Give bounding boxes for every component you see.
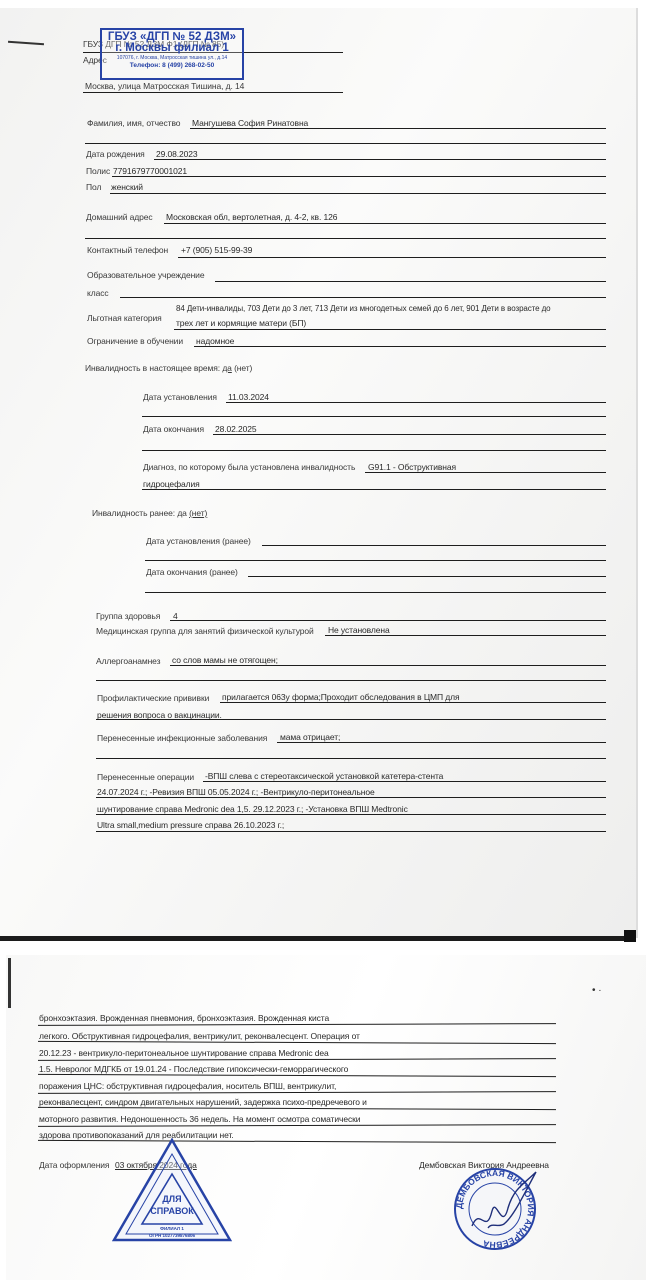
conclusion-line: легкого. Обструктивная гидроцефалия, вен… <box>39 1031 360 1041</box>
diag-line-2: гидроцефалия <box>143 479 200 489</box>
diag-underline-2 <box>142 489 606 490</box>
fio-value: Мангушева София Ринатовна <box>192 118 308 128</box>
disability-prev-label: Инвалидность ранее: да (нет) <box>92 508 207 518</box>
dis-end-label: Дата окончания <box>143 424 204 434</box>
infect-value: мама отрицает; <box>280 732 340 742</box>
disability-now-no: (нет) <box>234 363 252 373</box>
pe-label: Медицинская группа для занятий физическо… <box>96 626 314 636</box>
clinic-stamp: ГБУЗ «ДГП № 52 ДЗМ» г. Москвы филиал 1 1… <box>100 28 244 80</box>
edu-label: Образовательное учреждение <box>87 270 204 280</box>
address-underline <box>83 92 343 93</box>
ops-line-1: -ВПШ слева с стереотаксической установко… <box>205 771 443 781</box>
vacc-label: Профилактические прививки <box>97 693 209 703</box>
dis-start-underline <box>226 402 606 403</box>
diag-underline <box>365 472 606 473</box>
policy-label: Полис <box>86 166 110 176</box>
svg-text:СПРАВОК: СПРАВОК <box>150 1206 194 1216</box>
page-1-corner <box>624 930 636 942</box>
prev-end-underline <box>248 576 606 577</box>
sex-value: женский <box>111 182 143 192</box>
svg-text:ОГРН 1027739876806: ОГРН 1027739876806 <box>149 1233 196 1238</box>
phone-underline <box>178 257 606 258</box>
conclusion-line: 1.5. Невролог МДГКБ от 19.01.24 - Послед… <box>39 1064 348 1074</box>
diag-line-1: G91.1 - Обструктивная <box>368 462 456 472</box>
health-group-underline <box>170 620 606 621</box>
disability-prev-no: (нет) <box>189 508 207 518</box>
svg-text:ДЛЯ: ДЛЯ <box>162 1194 181 1204</box>
page-1-bottom-edge <box>0 936 636 941</box>
ops-line-2: 24.07.2024 г.; -Ревизия ВПШ 05.05.2024 г… <box>97 787 375 797</box>
dis-end-underline <box>213 434 606 435</box>
conclusion-line: бронхоэктазия. Врожденная пневмония, бро… <box>39 1013 329 1023</box>
dis-start-label: Дата установления <box>143 392 217 402</box>
infect-label: Перенесенные инфекционные заболевания <box>97 733 267 743</box>
ops-underline-3 <box>96 814 606 815</box>
prev-start-underline-2 <box>145 560 606 561</box>
restrict-underline <box>194 346 606 347</box>
dob-underline <box>154 159 606 160</box>
home-value: Московская обл, вертолетная, д. 4-2, кв.… <box>166 212 337 222</box>
dob-label: Дата рождения <box>86 149 145 159</box>
sex-underline <box>110 193 606 194</box>
infect-underline-2 <box>96 758 606 759</box>
disability-now-yes: да <box>222 363 232 373</box>
restrict-label: Ограничение в обучении <box>87 336 183 346</box>
disability-now-text: Инвалидность в настоящее время: <box>85 363 220 373</box>
edu-underline <box>215 281 606 282</box>
diag-label: Диагноз, по которому была установлена ин… <box>143 462 355 472</box>
ops-label: Перенесенные операции <box>97 772 194 782</box>
fio-underline <box>190 128 606 129</box>
disability-prev-text: Инвалидность ранее: <box>92 508 175 518</box>
conclusion-line: реконвалесцент, синдром двигательных нар… <box>39 1097 367 1107</box>
ops-underline-2 <box>96 797 606 798</box>
disability-now-label: Инвалидность в настоящее время: да (нет) <box>85 363 252 373</box>
document-page-1 <box>0 8 638 938</box>
svg-text:ФИЛИАЛ 1: ФИЛИАЛ 1 <box>160 1226 184 1231</box>
fio-underline-2 <box>85 143 606 144</box>
ops-underline-4 <box>96 831 606 832</box>
pe-underline <box>325 635 606 636</box>
fio-label: Фамилия, имя, отчество <box>87 118 180 128</box>
infect-underline <box>277 742 606 743</box>
issue-date-label: Дата оформления <box>39 1160 109 1170</box>
dob-value: 29.08.2023 <box>156 149 198 159</box>
allergy-underline <box>170 665 606 666</box>
stamp-line-4: Телефон: 8 (499) 268-02-50 <box>102 62 242 70</box>
health-group-label: Группа здоровья <box>96 611 160 621</box>
pe-value: Не установлена <box>328 625 390 635</box>
allergy-value: со слов мамы не отягощен; <box>172 655 278 665</box>
dis-start-value: 11.03.2024 <box>228 392 269 402</box>
benefit-line-2: трех лет и кормящие матери (БП) <box>176 318 306 328</box>
sex-label: Пол <box>86 182 101 192</box>
allergy-label: Аллергоанамнез <box>96 656 160 666</box>
benefit-underline <box>174 329 606 330</box>
address-value: Москва, улица Матросская Тишина, д. 14 <box>85 81 244 91</box>
home-underline-2 <box>85 238 606 239</box>
conclusion-line: моторного развития. Недоношенность 36 не… <box>39 1114 360 1124</box>
home-label: Домашний адрес <box>86 212 153 222</box>
restrict-value: надомное <box>196 336 234 346</box>
policy-underline <box>112 176 606 177</box>
conclusion-line: поражения ЦНС: обструктивная гидроцефали… <box>39 1081 336 1091</box>
allergy-underline-2 <box>96 680 606 681</box>
vacc-line-1: прилагается 063у форма;Проходит обследов… <box>222 692 460 702</box>
page-2-edge <box>8 958 11 1008</box>
class-underline <box>120 297 606 298</box>
dis-end-underline-2 <box>142 450 606 451</box>
stamp-line-3: 107076, г. Москва, Матросская тишина ул.… <box>102 54 242 62</box>
prev-end-underline-2 <box>145 592 606 593</box>
home-underline <box>164 223 606 224</box>
phone-label: Контактный телефон <box>87 245 168 255</box>
prev-start-underline <box>262 545 606 546</box>
doctor-personal-stamp: ДЕМБОВСКАЯ ВИКТОРИЯ АНДРЕЕВНА <box>452 1166 538 1252</box>
ops-line-3: шунтирование справа Medronic dea 1,5. 29… <box>97 804 408 814</box>
conclusion-line: 20.12.23 - вентрикуло-перитонеальное шун… <box>39 1048 329 1058</box>
vacc-underline-2 <box>96 719 606 720</box>
phone-value: +7 (905) 515-99-39 <box>181 245 252 255</box>
stamp-line-2: г. Москвы филиал 1 <box>102 43 242 54</box>
dis-end-value: 28.02.2025 <box>215 424 257 434</box>
for-certificates-stamp: ДЛЯ СПРАВОК ФИЛИАЛ 1 ОГРН 1027739876806 <box>112 1138 232 1242</box>
scan-dots: • · <box>592 985 602 996</box>
class-label: класс <box>87 288 109 298</box>
prev-start-label: Дата установления (ранее) <box>146 536 251 546</box>
prev-end-label: Дата окончания (ранее) <box>146 567 238 577</box>
ops-underline-1 <box>203 781 606 782</box>
benefit-label: Льготная категория <box>87 313 162 323</box>
benefit-line-1: 84 Дети-инвалиды, 703 Дети до 3 лет, 713… <box>176 304 551 313</box>
vacc-underline <box>220 702 606 703</box>
ops-line-4: Ultra small,medium pressure справа 26.10… <box>97 820 284 830</box>
dis-start-underline-2 <box>142 416 606 417</box>
policy-value: 7791679770001021 <box>113 166 187 176</box>
disability-prev-yes: да <box>177 508 187 518</box>
